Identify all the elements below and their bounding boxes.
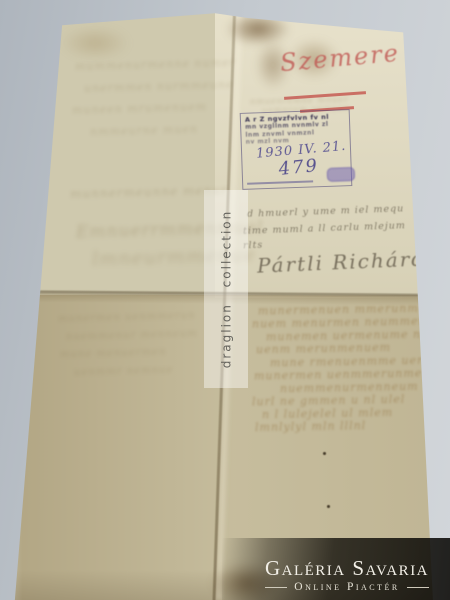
stain-top-center	[225, 12, 291, 46]
stamp-number-underline	[247, 180, 313, 184]
badge-title: Galéria Savaria	[265, 558, 429, 579]
badge-rule-right	[407, 587, 429, 589]
stain-top-left	[60, 26, 130, 60]
marketplace-badge: Galéria Savaria Online Piactér	[222, 538, 450, 600]
stamp-number: 479	[278, 155, 320, 180]
badge-subtitle: Online Piactér	[294, 582, 399, 594]
photo-background: mummenurmenne numer unermmen nurmmeune m…	[0, 0, 450, 600]
watermark-strip: draglion collection	[204, 190, 248, 388]
official-stamp-box: A r Z ngvzfvlvn fv nl mn vzgllnm nvnmlv …	[240, 109, 353, 190]
watermark-text: draglion collection	[219, 210, 233, 369]
small-oval-stamp	[327, 167, 355, 182]
badge-subtitle-row: Online Piactér	[265, 582, 428, 594]
faint-handwriting-line: lmnlylyl mln lllnl	[255, 419, 366, 434]
badge-rule-left	[265, 587, 287, 589]
ink-speck-1	[323, 452, 326, 455]
ink-speck-2	[327, 505, 330, 508]
